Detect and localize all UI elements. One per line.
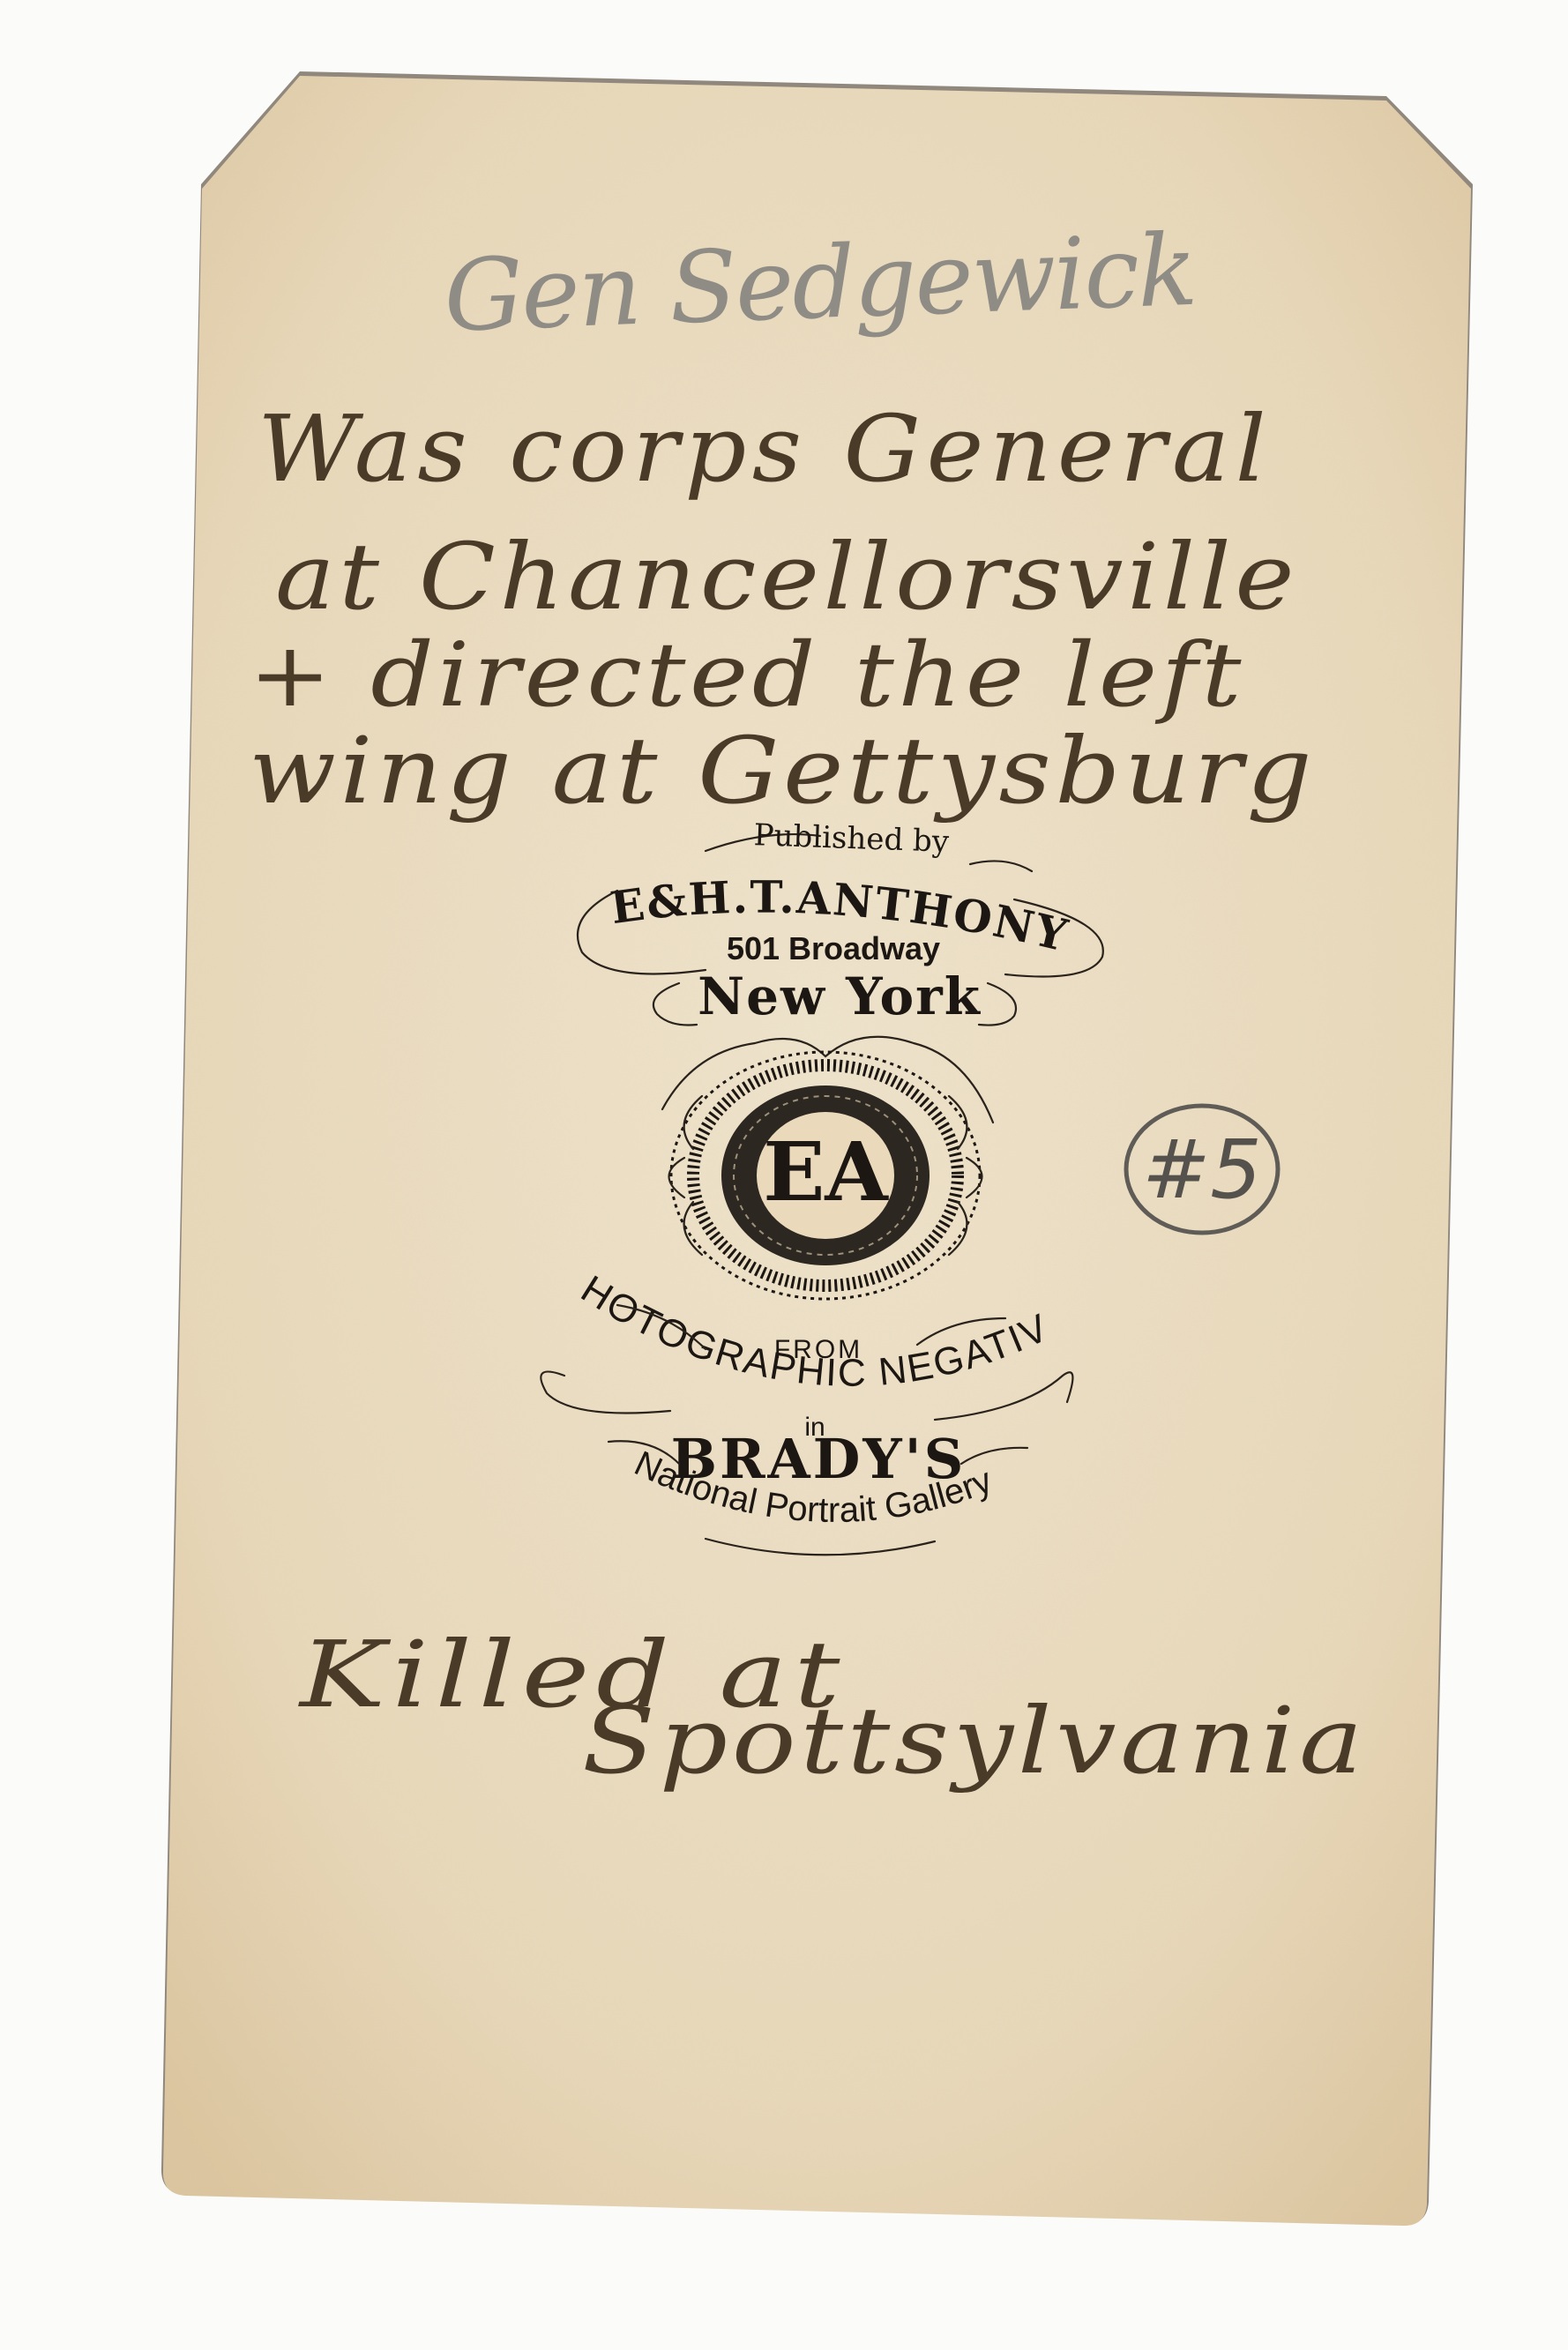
catalog-number: #5 (1142, 1123, 1262, 1217)
published-by-label: Published by (753, 817, 950, 860)
ink-footer-line-2: Spottsylvania (582, 1687, 1367, 1794)
ink-line-3: + directed the left (249, 623, 1245, 727)
ink-line-4: wing at Gettysburg (249, 717, 1316, 824)
ink-line-2: at Chancellorsville (275, 523, 1298, 630)
publisher-city: New York (698, 966, 982, 1026)
ink-annotation: Was corps General at Chancellorsville + … (249, 395, 1316, 824)
ink-line-1: Was corps General (258, 395, 1272, 503)
catalog-number-mark: #5 (1126, 1106, 1278, 1233)
monogram-letters: EA (763, 1124, 889, 1220)
document-scan: Gen Sedgewick Was corps General at Chanc… (0, 0, 1568, 2350)
publisher-address: 501 Broadway (727, 930, 940, 966)
